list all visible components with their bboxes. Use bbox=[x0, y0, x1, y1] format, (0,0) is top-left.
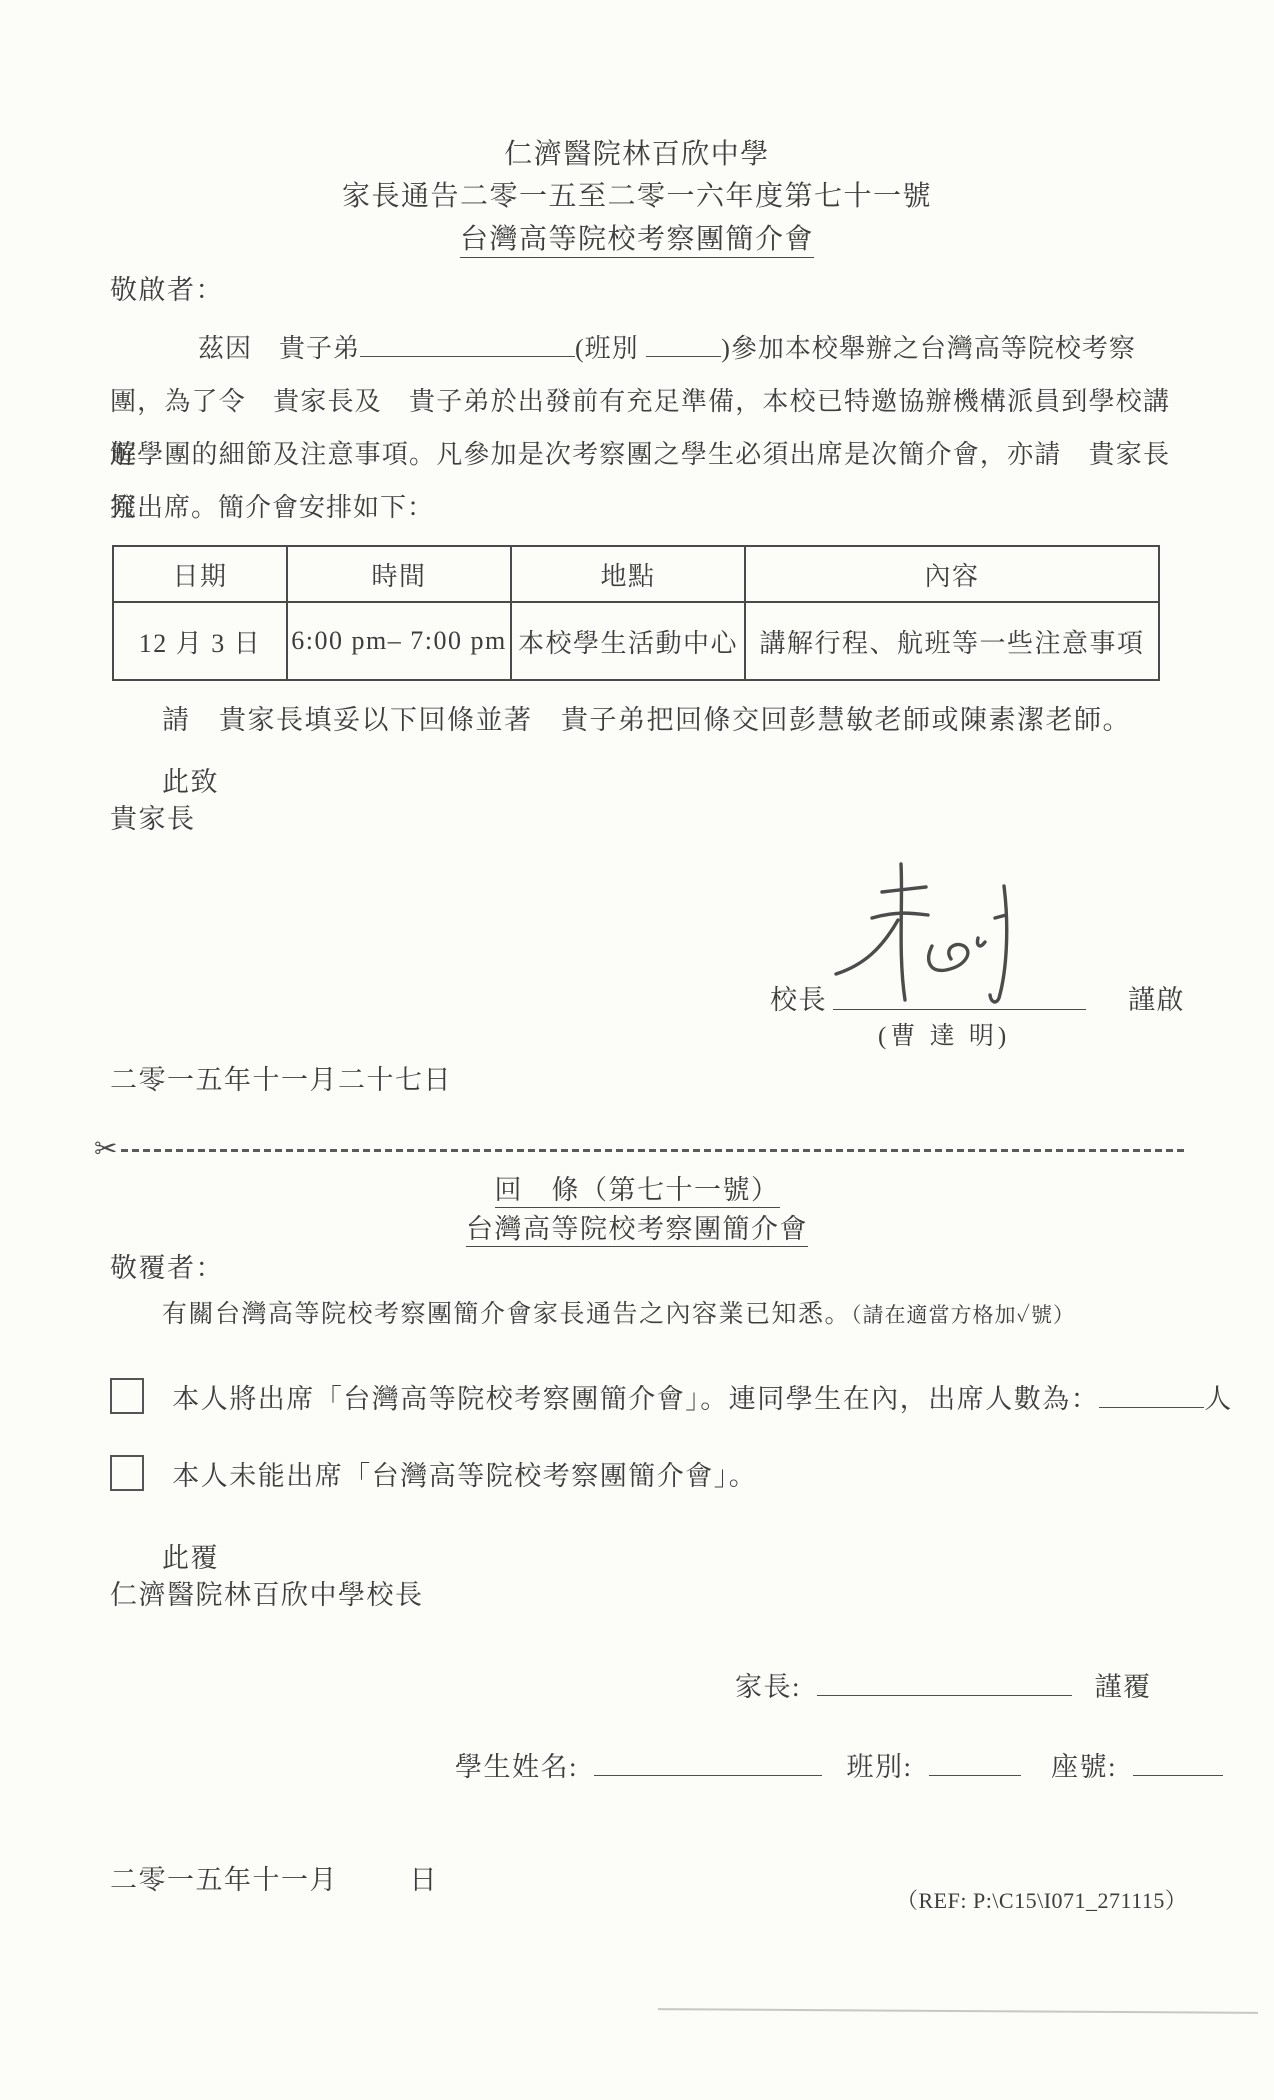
student-name-blank[interactable] bbox=[360, 330, 575, 357]
scanned-notice-page: 仁濟醫院林百欣中學 家長通告二零一五至二零一六年度第七十一號 台灣高等院校考察團… bbox=[0, 0, 1274, 2100]
school-name: 仁濟醫院林百欣中學 bbox=[0, 136, 1274, 174]
parent-sign-row: 家長: 謹覆 bbox=[735, 1668, 1152, 1705]
seat-label: 座號: bbox=[1051, 1752, 1117, 1782]
acknowledgement-text: 有關台灣高等院校考察團簡介會家長通告之內容業已知悉。 bbox=[162, 1301, 851, 1328]
schedule-data-row: 12 月 3 日 6:00 pm– 7:00 pm 本校學生活動中心 講解行程、… bbox=[113, 602, 1159, 680]
notice-number: 家長通告二零一五至二零一六年度第七十一號 bbox=[0, 178, 1274, 216]
cut-dashes bbox=[121, 1149, 1186, 1152]
intro-line-1: 茲因 貴子弟(班別 )參加本校舉辦之台灣高等院校考察 bbox=[110, 322, 1170, 375]
intro-line-4: 冗出席。簡介會安排如下： bbox=[110, 481, 1170, 534]
seat-field[interactable] bbox=[1133, 1748, 1223, 1776]
attendee-unit: 人 bbox=[1204, 1384, 1233, 1414]
class-label-inline: (班別 bbox=[575, 334, 639, 363]
signature-line bbox=[833, 982, 1086, 1010]
acknowledgement-row: 有關台灣高等院校考察團簡介會家長通告之內容業已知悉。（請在適當方格加✓號） bbox=[162, 1298, 1075, 1332]
schedule-table: 日期 時間 地點 內容 12 月 3 日 6:00 pm– 7:00 pm 本校… bbox=[112, 545, 1160, 681]
scan-artifact-line bbox=[658, 2008, 1258, 2014]
cut-line: ✂ bbox=[94, 1136, 1186, 1164]
intro-line-2: 團，為了令 貴家長及 貴子弟於出發前有充足準備，本校已特邀協辦機構派員到學校講解 bbox=[110, 375, 1170, 428]
attendee-count-blank[interactable] bbox=[1099, 1380, 1204, 1408]
decline-option: 本人未能出席「台灣高等院校考察團簡介會」。 bbox=[110, 1455, 757, 1494]
schedule-header-row: 日期 時間 地點 內容 bbox=[113, 546, 1159, 602]
ref-number: （REF: P:\C15\I071_271115） bbox=[896, 1884, 1187, 1915]
reply-title-row: 回 條（第七十一號） bbox=[0, 1172, 1274, 1208]
parent-closing: 謹覆 bbox=[1095, 1672, 1152, 1702]
reply-date-prefix: 二零一五年十一月 bbox=[110, 1865, 338, 1895]
notice-subject-row: 台灣高等院校考察團簡介會 bbox=[0, 221, 1274, 259]
intro-paragraph: 茲因 貴子弟(班別 )參加本校舉辦之台灣高等院校考察 團，為了令 貴家長及 貴子… bbox=[110, 322, 1170, 534]
reply-title: 回 條（第七十一號） bbox=[495, 1175, 780, 1208]
attend-text: 本人將出席「台灣高等院校考察團簡介會」。連同學生在內，出席人數為： bbox=[172, 1384, 1099, 1414]
reply-closing: 此覆 bbox=[162, 1540, 219, 1576]
table-header-venue: 地點 bbox=[511, 546, 745, 602]
principal-label: 校長 bbox=[770, 982, 827, 1018]
student-info-row: 學生姓名: 班別: 座號: bbox=[455, 1748, 1223, 1785]
principal-closing: 謹啟 bbox=[1128, 982, 1185, 1018]
principal-name: (曹 達 明) bbox=[878, 1020, 1010, 1054]
parent-label: 家長: bbox=[735, 1672, 801, 1702]
cell-content: 講解行程、航班等一些注意事項 bbox=[745, 602, 1159, 680]
letter-salutation: 敬啟者： bbox=[110, 272, 224, 308]
return-instruction: 請 貴家長填妥以下回條並著 貴子弟把回條交回彭慧敏老師或陳素潔老師。 bbox=[162, 702, 1131, 738]
reply-date-suffix: 日 bbox=[410, 1865, 439, 1895]
letter-addressee: 貴家長 bbox=[110, 801, 196, 837]
student-name-field[interactable] bbox=[594, 1748, 822, 1776]
tick-note: （請在適當方格加✓號） bbox=[851, 1303, 1075, 1327]
letter-closing: 此致 bbox=[162, 764, 219, 800]
reply-date-row: 二零一五年十一月 日 bbox=[110, 1862, 438, 1898]
intro-line1-pre: 茲因 貴子弟 bbox=[198, 334, 360, 363]
reply-subtitle: 台灣高等院校考察團簡介會 bbox=[466, 1214, 808, 1247]
cell-date: 12 月 3 日 bbox=[113, 602, 287, 680]
parent-signature-blank[interactable] bbox=[817, 1668, 1072, 1696]
table-header-time: 時間 bbox=[287, 546, 511, 602]
class-blank[interactable] bbox=[646, 330, 721, 357]
intro-line1-post: )參加本校舉辦之台灣高等院校考察 bbox=[721, 334, 1136, 363]
decline-checkbox[interactable] bbox=[110, 1455, 144, 1491]
cell-time: 6:00 pm– 7:00 pm bbox=[287, 602, 511, 680]
notice-subject: 台灣高等院校考察團簡介會 bbox=[460, 224, 814, 258]
cell-venue: 本校學生活動中心 bbox=[511, 602, 745, 680]
intro-line-3: 遊學團的細節及注意事項。凡參加是次考察團之學生必須出席是次簡介會，亦請 貴家長撥 bbox=[110, 428, 1170, 481]
reply-subtitle-row: 台灣高等院校考察團簡介會 bbox=[0, 1211, 1274, 1247]
attend-option: 本人將出席「台灣高等院校考察團簡介會」。連同學生在內，出席人數為：人 bbox=[110, 1378, 1233, 1417]
reply-salutation: 敬覆者： bbox=[110, 1250, 224, 1286]
scissors-icon: ✂ bbox=[94, 1136, 117, 1164]
student-name-label: 學生姓名: bbox=[455, 1752, 578, 1782]
class-field[interactable] bbox=[929, 1748, 1021, 1776]
table-header-date: 日期 bbox=[113, 546, 287, 602]
class-field-label: 班別: bbox=[847, 1752, 913, 1782]
attend-checkbox[interactable] bbox=[110, 1378, 144, 1414]
table-header-content: 內容 bbox=[745, 546, 1159, 602]
decline-text: 本人未能出席「台灣高等院校考察團簡介會」。 bbox=[172, 1461, 757, 1491]
reply-addressee: 仁濟醫院林百欣中學校長 bbox=[110, 1577, 424, 1613]
letter-date: 二零一五年十一月二十七日 bbox=[110, 1062, 452, 1098]
